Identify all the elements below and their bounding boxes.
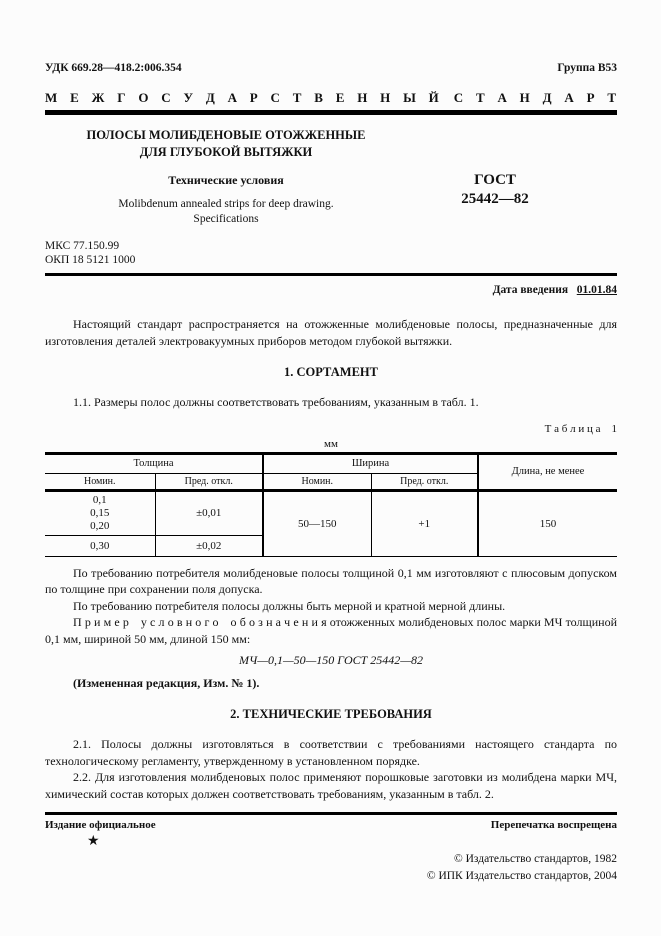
document-page: УДК 669.28—418.2:006.354 Группа В53 М Е … [0,0,661,936]
title-line-1: ПОЛОСЫ МОЛИБДЕНОВЫЕ ОТОЖЖЕННЫЕ [45,127,407,144]
copyright-line-1: © Издательство стандартов, 1982 [45,851,617,868]
paragraph-plus-tolerance: По требованию потребителя молибденовые п… [45,565,617,598]
title-en-line-2: Specifications [45,212,407,227]
sub-header-width-nominal: Номин. [263,473,371,490]
clause-1-1: 1.1. Размеры полос должны соответствоват… [45,394,617,411]
table-group-header-row: Толщина Ширина Длина, не менее [45,453,617,473]
subtitle: Технические условия [45,173,407,188]
cell-thickness-deviation-1: ±0,01 [155,490,263,535]
title-english: Molibdenum annealed strips for deep draw… [45,197,407,227]
footer-rule [45,812,617,815]
heading-bar [45,110,617,115]
col-header-length: Длина, не менее [478,453,617,490]
intro-paragraph: Настоящий стандарт распространяется на о… [45,316,617,349]
gost-label: ГОСТ [435,171,555,190]
paragraph-designation-example: П р и м е р у с л о в н о г о о б о з н … [45,614,617,647]
title-en-line-1: Molibdenum annealed strips for deep draw… [45,197,407,212]
gost-designation: ГОСТ 25442—82 [435,171,555,209]
section-2-heading: 2. ТЕХНИЧЕСКИЕ ТРЕБОВАНИЯ [45,707,617,722]
introduction-date: Дата введения 01.01.84 [45,284,617,296]
gost-column: ГОСТ 25442—82 [407,127,617,227]
sub-header-thickness-deviation: Пред. откл. [155,473,263,490]
sub-header-width-deviation: Пред. откл. [371,473,478,490]
title-line-2: ДЛЯ ГЛУБОКОЙ ВЫТЯЖКИ [45,144,407,161]
cell-thickness-deviation-2: ±0,02 [155,535,263,556]
document-title: ПОЛОСЫ МОЛИБДЕНОВЫЕ ОТОЖЖЕННЫЕ ДЛЯ ГЛУБО… [45,127,407,161]
date-label: Дата введения [493,284,569,296]
section-1-heading: 1. СОРТАМЕНТ [45,365,617,380]
sub-header-thickness-nominal: Номин. [45,473,155,490]
cell-thickness-nominal-1: 0,1 0,15 0,20 [45,490,155,535]
okp-code: ОКП 18 5121 1000 [45,253,617,267]
classification-codes: МКС 77.150.99 ОКП 18 5121 1000 [45,239,617,267]
table-1-units: мм [45,438,617,450]
standard-type-heading: М Е Ж Г О С У Д А Р С Т В Е Н Н Ы Й С Т … [45,90,617,106]
table-row-1: 0,1 0,15 0,20 ±0,01 50—150 +1 150 [45,490,617,535]
cell-width-deviation: +1 [371,490,478,556]
designation-example: МЧ—0,1—50—150 ГОСТ 25442—82 [45,653,617,668]
col-header-thickness: Толщина [45,453,263,473]
cell-thickness-nominal-2: 0,30 [45,535,155,556]
star-icon: ★ [87,835,617,849]
clause-2-2: 2.2. Для изготовления молибденовых полос… [45,769,617,802]
reprint-prohibited-label: Перепечатка воспрещена [491,819,617,831]
cell-length-min: 150 [478,490,617,556]
dimensions-table: Толщина Ширина Длина, не менее Номин. Пр… [45,452,617,557]
cell-width-nominal: 50—150 [263,490,371,556]
clause-2-1: 2.1. Полосы должны изготовляться в соотв… [45,736,617,769]
paragraph-measured-length: По требованию потребителя полосы должны … [45,598,617,615]
date-value: 01.01.84 [577,284,617,296]
footer-row: Издание официальное Перепечатка воспреще… [45,819,617,831]
copyright-block: © Издательство стандартов, 1982 © ИПК Из… [45,851,617,885]
title-column: ПОЛОСЫ МОЛИБДЕНОВЫЕ ОТОЖЖЕННЫЕ ДЛЯ ГЛУБО… [45,127,407,227]
udk-row: УДК 669.28—418.2:006.354 Группа В53 [45,62,617,74]
horizontal-rule-top [45,273,617,276]
gost-number: 25442—82 [435,190,555,209]
mks-code: МКС 77.150.99 [45,239,617,253]
title-block: ПОЛОСЫ МОЛИБДЕНОВЫЕ ОТОЖЖЕННЫЕ ДЛЯ ГЛУБО… [45,127,617,227]
document-content: УДК 669.28—418.2:006.354 Группа В53 М Е … [0,0,661,885]
amendment-note: (Измененная редакция, Изм. № 1). [45,676,617,691]
col-header-width: Ширина [263,453,478,473]
official-edition-label: Издание официальное [45,819,156,831]
table-1-label: Т а б л и ц а 1 [45,423,617,435]
udk-code: УДК 669.28—418.2:006.354 [45,62,182,74]
group-code: Группа В53 [557,62,617,74]
copyright-line-2: © ИПК Издательство стандартов, 2004 [45,868,617,885]
